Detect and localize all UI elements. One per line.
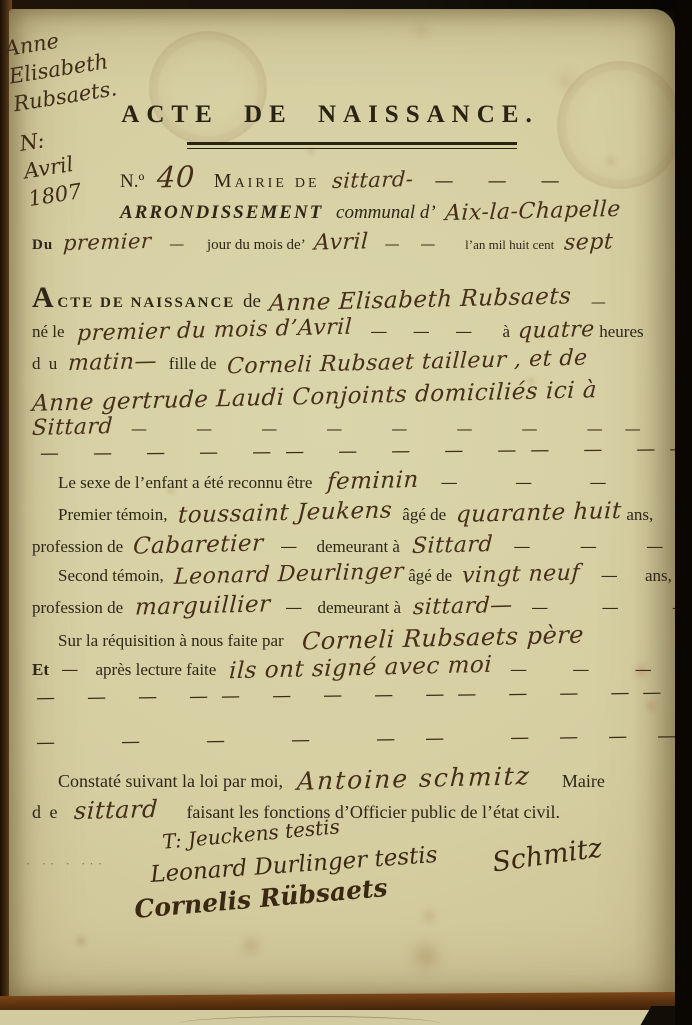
acte-de: de: [243, 291, 261, 312]
birthdate-value: premier du mois d’Avril: [76, 315, 352, 347]
hour-value: quatre: [518, 317, 596, 344]
profession-label: profession de: [32, 598, 123, 617]
witness1-profession: Cabaretier: [133, 530, 265, 559]
filler-dashes: — — —: [441, 473, 633, 493]
second-witness-line: Second témoin, Leonard Deurlinger âgé de…: [58, 562, 672, 587]
du-label: Du: [32, 237, 53, 253]
first-witness-profession-line: profession de Cabaretier — demeurant à S…: [32, 532, 685, 558]
witness2-city: sittard—: [413, 593, 514, 620]
ne-label: né le: [32, 322, 65, 341]
domicile-line: Sittard — — — — — — — ——: [32, 415, 663, 440]
book-right-edge: [675, 0, 692, 1025]
demeurant-label: demeurant à: [317, 598, 401, 617]
title-rule: [187, 142, 517, 149]
witness2-profession: marguillier: [135, 591, 272, 620]
day-value: premier: [62, 229, 152, 255]
filler-dash: —: [61, 660, 81, 680]
dash-row: — — — — —— — — — —— — ——: [40, 438, 692, 465]
et-label: Et: [32, 660, 49, 679]
witness1-name: toussaint Jeukens: [177, 497, 392, 528]
filler-dashes: — —: [385, 235, 444, 253]
date-line: Du premier — jour du mois de’ Avril — — …: [32, 230, 613, 255]
underlying-page-scribble: [180, 1016, 440, 1025]
stamp-ghost-icon: [557, 61, 683, 189]
year-value: sept: [563, 229, 613, 255]
constate-line-1: Constaté suivant la loi par moi, Antoine…: [58, 764, 605, 793]
filler-dashes: — — — — —— — — — —— — ——: [40, 438, 692, 465]
ans-label: ans,: [626, 505, 653, 524]
a-label: à: [502, 322, 510, 341]
requisition-line: Sur la réquisition à nous faite par Corn…: [58, 624, 584, 652]
age-label: âgé de: [402, 505, 446, 524]
filler-dash: —: [601, 566, 621, 586]
witness1-age: quarante huit: [456, 498, 623, 528]
sex-line: Le sexe de l’enfant a été reconnu être f…: [58, 468, 632, 494]
filler-dash: —: [169, 235, 187, 253]
requisition-value: Corneli Rubsaets père: [301, 621, 584, 656]
father-value: Corneli Rubsaet tailleur , et de: [226, 346, 588, 380]
arrondissement-value: Aix-la-Chapelle: [444, 197, 621, 226]
fille-label: fille de: [169, 354, 217, 373]
heures-label: heures: [599, 322, 643, 341]
mairie-value: sittard-: [332, 167, 415, 193]
demeurant-label: demeurant à: [316, 537, 400, 556]
child-name: Anne Elisabeth Rubsaets: [268, 283, 571, 316]
domicile-value: Sittard: [31, 414, 113, 441]
filler-dashes: — — —: [514, 537, 686, 557]
maire-label: Maire: [562, 771, 605, 791]
mairie-label: Mairie de: [214, 170, 320, 192]
second-witness-profession-line: profession de marguillier — demeurant à …: [32, 593, 692, 619]
matin-value: matin—: [67, 349, 157, 376]
acte-caps: cte de naissance: [57, 295, 235, 311]
number-label: N.º: [120, 171, 144, 192]
filler-dashes: — — —: [531, 598, 692, 618]
arrondissement-line: ARRONDISSEMENT communal d’ Aix-la-Chapel…: [120, 199, 620, 224]
an-label: l’an mil huit cent: [465, 237, 554, 252]
parents-line-1: d u matin— fille de Corneli Rubsaet tail…: [32, 350, 587, 375]
first-witness-line: Premier témoin, toussaint Jeukens âgé de…: [58, 500, 653, 526]
witness2-name: Leonard Deurlinger: [173, 559, 404, 590]
mayor-name: Antoine schmitz: [297, 761, 532, 796]
paper-foxing-spots: [9, 9, 13, 13]
filler-dashes: — — —: [510, 660, 672, 680]
witness1-city: Sittard: [412, 532, 494, 559]
profession-label: profession de: [32, 537, 123, 556]
drop-cap: A: [32, 281, 54, 314]
record-number-line: N.º 40 Mairie de sittard- — — —: [120, 160, 574, 194]
mayor-city: sittard: [73, 795, 158, 825]
jour-label: jour du mois de’: [207, 237, 305, 253]
filler-dashes: — — —: [435, 170, 574, 192]
ans-label: ans,: [645, 566, 672, 585]
witness1-label: Premier témoin,: [58, 505, 168, 524]
acte-intro-line: A cte de naissance de Anne Elisabeth Rub…: [32, 281, 609, 315]
lecture-line: Et — après lecture faite ils ont signé a…: [32, 655, 672, 681]
de-label: d e: [32, 802, 60, 822]
filler-dash: —: [285, 598, 305, 618]
signe-value: ils ont signé avec moi: [228, 652, 492, 684]
filler-dashes: — — — — — — — ——: [131, 419, 663, 438]
filler-dash: —: [280, 537, 300, 557]
sex-label: Le sexe de l’enfant a été reconnu être: [58, 473, 312, 492]
arrondissement-label: ARRONDISSEMENT: [120, 202, 323, 223]
requisition-label: Sur la réquisition à nous faite par: [58, 631, 284, 650]
constate-label: Constaté suivant la loi par moi,: [58, 771, 283, 791]
parents-line-2: Anne gertrude Laudi Conjoints domiciliés…: [32, 384, 597, 410]
witness2-age: vingt neuf: [462, 561, 581, 589]
scanned-birth-record: Anne Elisabeth Rubsaets. N: Avril 1807 A…: [0, 0, 692, 1025]
officier-label: faisant les fonctions d’Officier public …: [186, 802, 560, 822]
document-title: ACTE DE NAISSANCE.: [120, 101, 540, 129]
filler-dashes: — — —: [370, 322, 482, 342]
arrondissement-mid: communal d’: [336, 202, 436, 223]
ink-scribble: · ·· · ···: [26, 856, 106, 872]
lecture-label: après lecture faite: [96, 660, 217, 679]
witness2-label: Second témoin,: [58, 566, 164, 585]
filler-dash: —: [591, 293, 609, 311]
birth-date-line: né le premier du mois d’Avril — — — à qu…: [32, 318, 644, 343]
du-matin-label: d u: [32, 354, 59, 373]
record-number-value: 40: [156, 160, 195, 195]
age-label: âgé de: [408, 566, 452, 585]
month-value: Avril: [314, 229, 370, 255]
sex-value: feminin: [326, 467, 419, 495]
